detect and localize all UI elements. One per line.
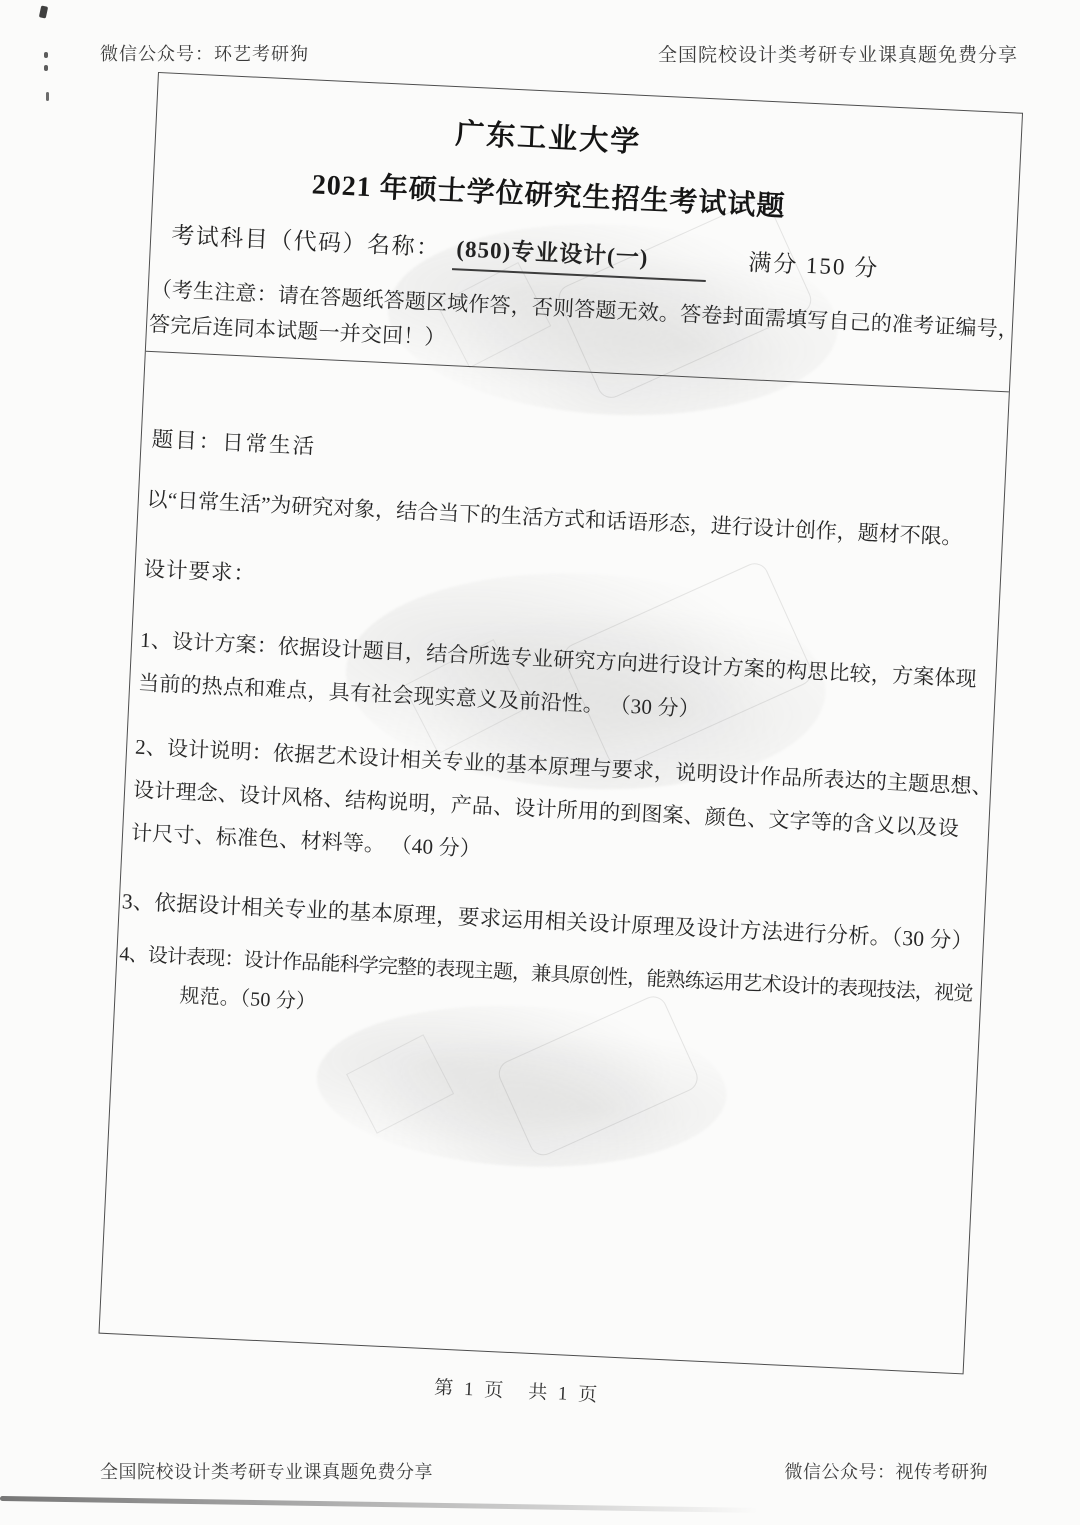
exam-border-frame: 广东工业大学 2021 年硕士学位研究生招生考试试题 考试科目（代码）名称：(8…	[99, 72, 1024, 1374]
requirement-item-1: 1、设计方案：依据设计题目，结合所选专业研究方向进行设计方案的构思比较，方案体现…	[137, 619, 978, 744]
exam-topic: 题目：日常生活	[151, 422, 317, 461]
subject-code-name: (850)专业设计(一)	[451, 233, 707, 282]
scan-artifact-speck	[44, 65, 48, 71]
header-wechat-account: 微信公众号：环艺考研狗	[100, 40, 309, 66]
footer-wechat-account: 微信公众号：视传考研狗	[785, 1458, 989, 1484]
scan-artifact-speck	[44, 52, 48, 58]
subject-label: 考试科目（代码）名称：	[171, 223, 441, 261]
requirement-item-2: 2、设计说明：依据艺术设计相关专业的基本原理与要求，说明设计作品所表达的主题思想…	[130, 726, 994, 895]
exam-sheet: 广东工业大学 2021 年硕士学位研究生招生考试试题 考试科目（代码）名称：(8…	[95, 72, 1025, 1441]
scanned-exam-document: 微信公众号：环艺考研狗 全国院校设计类考研专业课真题免费分享 广东工业大学 20…	[0, 0, 1080, 1525]
scan-artifact-speck	[39, 5, 48, 18]
scan-edge-shadow	[0, 1496, 790, 1513]
footer-share-slogan: 全国院校设计类考研专业课真题免费分享	[100, 1458, 433, 1484]
topic-intro: 以“日常生活”为研究对象，结合当下的生活方式和话语形态，进行设计创作，题材不限。	[146, 481, 963, 555]
header-share-slogan: 全国院校设计类考研专业课真题免费分享	[658, 40, 1018, 67]
candidate-notice: （考生注意：请在答题纸答题区域作答，否则答题无效。答卷封面需填写自己的准考证编号…	[148, 272, 1020, 383]
page-number: 第 1 页 共 1 页	[434, 1372, 601, 1407]
scan-artifact-speck	[46, 92, 49, 101]
requirements-heading: 设计要求：	[143, 552, 257, 588]
total-score: 满分 150 分	[748, 250, 880, 281]
